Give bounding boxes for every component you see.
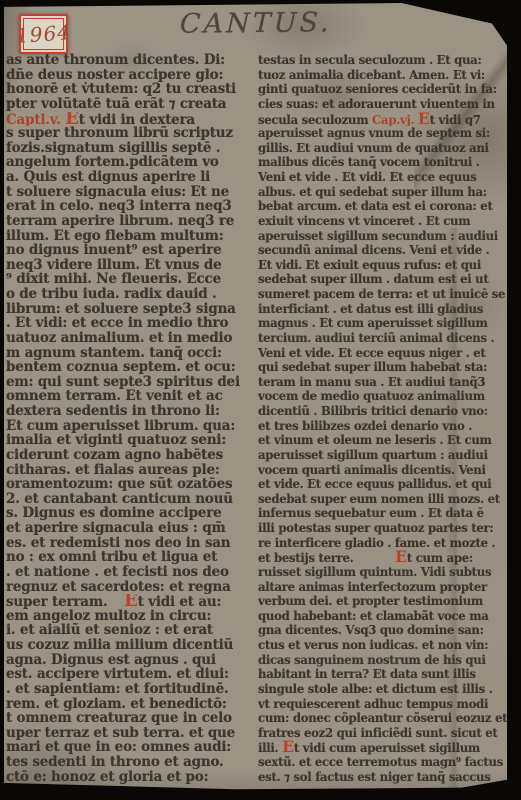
text-line: a. Quis est dignus aperire li (6, 170, 256, 185)
text-line: uper terraz et sub terra. et que (6, 726, 256, 741)
text-line: omnem terram. Et venit et ac (6, 389, 256, 404)
body-text: aperuisset sigillum secundum : audiui (258, 229, 498, 243)
body-text: cies suas: et adorauerunt viuentem in (258, 97, 495, 111)
rubric-initial: E (395, 550, 407, 565)
body-text: honorē et v̇tutem: q2 tu creasti (6, 82, 236, 97)
body-text: infernus sequebatur eum . Et data ē (258, 506, 484, 520)
text-line: pter volũtatē tuã erãt ⁊ creata (6, 97, 256, 112)
text-line: secula seculozum Cap.vj. Et vidi q7 (258, 112, 507, 127)
text-line: angelum fortem.pdicãtem vo (6, 155, 256, 170)
text-line: quod habebant: et clamabãt voce ma (258, 609, 507, 624)
text-line: verbum dei. et propter testimonium (258, 594, 507, 609)
text-line: illi potestas super quatuoz partes ter: (258, 521, 507, 536)
text-line: dñe deus noster accipere glo: (6, 68, 256, 83)
text-line: habitant in terra? Et data sunt illis (258, 667, 507, 682)
rubric-initial: E (282, 740, 294, 755)
text-line: 2. et cantabant canticum nouũ (6, 492, 256, 507)
text-line: bentem coznua septem. et ocu: (6, 360, 256, 375)
body-text: i. et aialiũ et senioz : et erat (6, 623, 213, 638)
text-line: Et vidi. Et exiuit equus rufus: et qui (258, 258, 507, 273)
body-text: rem. et gloziam. et benedictō: (6, 697, 227, 712)
rubric-initial: E (418, 112, 430, 127)
text-line: infernus sequebatur eum . Et data ē (258, 506, 507, 521)
text-line: gna dicentes. Vsq3 quo domine san: (258, 623, 507, 638)
body-text: fozis.signatum sigillis septē . (6, 141, 220, 156)
text-line: et bestijs terre. Et cum ape: (258, 550, 507, 565)
text-line: singule stole albe: et dictum est illis … (258, 682, 507, 697)
body-text: illi potestas super quatuoz partes ter: (258, 521, 493, 535)
body-text: vt requiescerent adhuc tempus modi (258, 697, 488, 711)
text-line: honorē et v̇tutem: q2 tu creasti (6, 82, 256, 97)
body-text: terram aperire librum. neq3 re (6, 214, 234, 229)
body-text: illum. Et ego flebam multum: (6, 229, 224, 244)
body-text: imalia et viginti quatuoz seni: (6, 433, 226, 448)
body-text: cum: donec cõpleantur cõserui eozuz et (258, 711, 507, 725)
body-text: vocem de medio quatuoz animalium (258, 389, 485, 403)
handwritten-title: CANTUS. (179, 7, 331, 40)
body-text: est. ⁊ sol factus est niger tanq̃ saccus (258, 770, 491, 784)
text-line: et aperire signacula eius : qm̃ (6, 521, 256, 536)
body-text: s super thronum librũ scriptuz (6, 126, 233, 141)
text-line: citharas. et fialas aureas ple: (6, 463, 256, 478)
text-line: bebat arcum. et data est ei corona: et (258, 199, 507, 214)
text-line: s super thronum librũ scriptuz (6, 126, 256, 141)
body-text: o de tribu iuda. radix dauid . (6, 287, 217, 302)
text-line: vocem quarti animalis dicentis. Veni (258, 463, 507, 478)
body-text: uatuoz animalium. et in medio (6, 331, 232, 346)
body-text: quod habebant: et clamabãt voce ma (258, 609, 489, 623)
text-line: vocem de medio quatuoz animalium (258, 389, 507, 404)
body-text: Veni et vide . Et vidi. Et ecce equus (258, 170, 476, 184)
text-line: altare animas interfectozum propter (258, 580, 507, 595)
body-text: . et sapientiam: et fortitudinē. (6, 682, 228, 697)
text-line: malibus dicēs tanq̃ vocem tonitrui . (258, 155, 507, 170)
body-text: tercium. audiui terciũ animal dicens . (258, 331, 494, 345)
body-text: altare animas interfectozum propter (258, 580, 487, 594)
body-text: us cozuz milia milium dicentiũ (6, 638, 233, 653)
text-line: . Et vidi: et ecce in medio thro (6, 316, 256, 331)
text-line: albus. et qui sedebat super illum ha: (258, 185, 507, 200)
body-text: no : ex omni tribu et ligua et (6, 550, 217, 565)
body-text: em: qui sunt septe3 spiritus dei (6, 375, 240, 390)
text-line: dicentiũ . Bilibris tritici denario vno: (258, 404, 507, 419)
body-text: 2. et cantabant canticum nouũ (6, 492, 233, 507)
body-text: verbum dei. et propter testimonium (258, 594, 483, 608)
body-text: ⁹ dixit mihi. Ne fleueris. Ecce (6, 272, 221, 287)
text-line: illi. Et vidi cum aperuisset sigillum (258, 740, 507, 755)
body-text: ctus et verus non iudicas. et non vin: (258, 638, 488, 652)
body-text: t vidi q7 (430, 113, 481, 127)
body-text: t vidi in dextera (79, 112, 195, 127)
body-text: et bestijs terre. (258, 551, 357, 565)
body-text: magnus . Et cum aperuisset sigillum (258, 316, 488, 330)
text-line: super terram. Et vidi et au: (6, 594, 256, 609)
rubric-initial: E (124, 594, 138, 609)
body-text: sumeret pacem de terra: et ut inuicē se (258, 287, 505, 301)
body-text: Et cum aperuisset librum. qua: (6, 419, 235, 434)
text-line: est. accipere virtutem. et diui: (6, 667, 256, 682)
body-text: re interficere gladio . fame. et mozte . (258, 536, 495, 550)
body-text: vocem quarti animalis dicentis. Veni (258, 463, 486, 477)
body-text: es. et redemisti nos deo in san (6, 536, 230, 551)
body-text: . Et vidi: et ecce in medio thro (6, 316, 228, 331)
body-text: aperuisset sigillum quartum : audiui (258, 448, 488, 462)
body-text: dñe deus noster accipere glo: (6, 68, 223, 83)
body-text: pter volũtatē tuã erãt ⁊ creata (6, 97, 226, 112)
text-line: cum: donec cõpleantur cõserui eozuz et (258, 711, 507, 726)
text-line: o de tribu iuda. radix dauid . (6, 287, 256, 302)
text-line: . et sapientiam: et fortitudinē. (6, 682, 256, 697)
text-line: aperuisset sigillum secundum : audiui (258, 229, 507, 244)
body-text: et vinum et oleum ne leseris . Et cum (258, 433, 492, 447)
text-line: no : ex omni tribu et ligua et (6, 550, 256, 565)
body-text: s. Dignus es domine accipere (6, 506, 222, 521)
body-text: t cum ape: (407, 551, 473, 565)
body-text: . et natione . et fecisti nos deo (6, 565, 229, 580)
text-line: Et cum aperuisset librum. qua: (6, 419, 256, 434)
body-text: regnuz et sacerdotes: et regna (6, 580, 231, 595)
body-text: fratres eoz2 qui inficiẽdi sunt. sicut e… (258, 726, 497, 740)
body-text: illi. (258, 741, 282, 755)
body-text: librum: et soluere septe3 signa (6, 302, 236, 317)
body-text: agna. Dignus est agnus . qui (6, 653, 216, 668)
body-text: em angeloz multoz in circu: (6, 609, 211, 624)
text-line: oramentozum: que sũt ozatōes (6, 477, 256, 492)
text-line: em angeloz multoz in circu: (6, 609, 256, 624)
col-right: testas in secula seculozum . Et qua:tuoz… (258, 53, 507, 784)
body-text: bebat arcum. et data est ei corona: et (258, 199, 493, 213)
text-line: em: qui sunt septe3 spiritus dei (6, 375, 256, 390)
body-text: secundũ animal dicens. Veni et vide . (258, 243, 489, 257)
body-text: ginti quatuoz seniores ceciderũt in fa: (258, 82, 497, 96)
text-line: cies suas: et adorauerunt viuentem in (258, 97, 507, 112)
body-text: m agnum stantem. tanq̃ occi: (6, 346, 222, 361)
body-text: tes sedenti in throno et agno. (6, 755, 224, 770)
text-line: illum. Et ego flebam multum: (6, 229, 256, 244)
body-text: t soluere signacula eius: Et ne (6, 185, 229, 200)
body-text: dicas sanguinem nostrum de his qui (258, 653, 486, 667)
text-line: tes sedenti in throno et agno. (6, 755, 256, 770)
text-line: es. et redemisti nos deo in san (6, 536, 256, 551)
text-line: s. Dignus es domine accipere (6, 506, 256, 521)
body-text: habitant in terra? Et data sunt illis (258, 667, 476, 681)
text-line: qui sedebat super illum habebat sta: (258, 360, 507, 375)
text-line: fratres eoz2 qui inficiẽdi sunt. sicut e… (258, 726, 507, 741)
text-line: ruisset sigillum quintum. Vidi subtus (258, 565, 507, 580)
text-line: t soluere signacula eius: Et ne (6, 185, 256, 200)
text-line: librum: et soluere septe3 signa (6, 302, 256, 317)
stamp-number: 1964 (15, 20, 71, 48)
body-text: neq3 videre illum. Et vnus de (6, 258, 221, 273)
body-text: dicentiũ . Bilibris tritici denario vno: (258, 404, 488, 418)
body-text: qui sedebat super illum habebat sta: (258, 360, 487, 374)
text-line: est. ⁊ sol factus est niger tanq̃ saccus (258, 770, 507, 785)
text-line: sedebat super illum . datum est ei ut (258, 272, 507, 287)
body-text: as ante thronum dicentes. Di: (6, 53, 225, 68)
text-line: magnus . Et cum aperuisset sigillum (258, 316, 507, 331)
body-text: no dignus inuent⁹ est aperire (6, 243, 222, 258)
body-text: testas in secula seculozum . Et qua: (258, 53, 481, 67)
body-text: teram in manu sua . Et audiui tanq̃3 (258, 375, 485, 389)
body-text: ciderunt cozam agno habētes (6, 448, 223, 463)
body-text: omnem terram. Et venit et ac (6, 389, 223, 404)
scan-background: { "meta": { "stamp_number": "1964", "hea… (0, 0, 521, 800)
text-line: ⁹ dixit mihi. Ne fleueris. Ecce (6, 272, 256, 287)
body-text: a. Quis est dignus aperire li (6, 170, 210, 185)
text-line: Captl.v. Et vidi in dextera (6, 112, 256, 127)
text-line: et vinum et oleum ne leseris . Et cum (258, 433, 507, 448)
text-line: dextera sedentis in throno li: (6, 404, 256, 419)
text-line: imalia et viginti quatuoz seni: (6, 433, 256, 448)
text-line: tuoz animalia dicebant. Amen. Et vi: (258, 68, 507, 83)
text-line: agna. Dignus est agnus . qui (6, 653, 256, 668)
text-line: us cozuz milia milium dicentiũ (6, 638, 256, 653)
body-text: oramentozum: que sũt ozatōes (6, 477, 232, 492)
body-text: albus. et qui sedebat super illum ha: (258, 185, 487, 199)
body-text: aperuisset agnus vnum de septem si: (258, 126, 490, 140)
rubric-initial: E (65, 112, 79, 127)
text-line: rem. et gloziam. et benedictō: (6, 697, 256, 712)
text-line: ciderunt cozam agno habētes (6, 448, 256, 463)
body-text: sedebat super eum nomen illi mozs. et (258, 492, 500, 506)
body-text: t omnem creaturaz que in celo (6, 711, 232, 726)
text-line: m agnum stantem. tanq̃ occi: (6, 346, 256, 361)
body-text: secula seculozum (258, 113, 372, 127)
text-line: et vide. Et ecce equus pallidus. et qui (258, 477, 507, 492)
body-text: est. accipere virtutem. et diui: (6, 667, 229, 682)
text-line: Veni et vide. Et ecce equus niger . et (258, 346, 507, 361)
text-line: mari et que in eo: omnes audi: (6, 740, 256, 755)
text-line: et tres bilibzes ozdei denario vno . (258, 419, 507, 434)
body-text: citharas. et fialas aureas ple: (6, 463, 220, 478)
text-line: erat in celo. neq3 interra neq3 (6, 199, 256, 214)
body-text: sedebat super illum . datum est ei ut (258, 272, 488, 286)
body-text: super terram. (6, 594, 112, 609)
body-text: erat in celo. neq3 interra neq3 (6, 199, 232, 214)
text-line: interficiant . et datus est illi gladius (258, 302, 507, 317)
col-left: as ante thronum dicentes. Di:dñe deus no… (6, 53, 256, 784)
text-line: ctus et verus non iudicas. et non vin: (258, 638, 507, 653)
body-text: sextũ. et ecce terremotus magn⁹ factus (258, 755, 503, 769)
text-line: testas in secula seculozum . Et qua: (258, 53, 507, 68)
body-text: Et vidi. Et exiuit equus rufus: et qui (258, 258, 481, 272)
text-line: . et natione . et fecisti nos deo (6, 565, 256, 580)
text-line: no dignus inuent⁹ est aperire (6, 243, 256, 258)
body-text: et vide. Et ecce equus pallidus. et qui (258, 477, 491, 491)
text-line: sedebat super eum nomen illi mozs. et (258, 492, 507, 507)
body-text: interficiant . et datus est illi gladius (258, 302, 483, 316)
body-text: singule stole albe: et dictum est illis … (258, 682, 492, 696)
text-line: teram in manu sua . Et audiui tanq̃3 (258, 375, 507, 390)
text-line: regnuz et sacerdotes: et regna (6, 580, 256, 595)
text-line: sextũ. et ecce terremotus magn⁹ factus (258, 755, 507, 770)
text-line: ctō e: honoz et gloria et po: (6, 770, 256, 785)
body-text: angelum fortem.pdicãtem vo (6, 155, 219, 170)
text-line: dicas sanguinem nostrum de his qui (258, 653, 507, 668)
body-text: ctō e: honoz et gloria et po: (6, 770, 208, 785)
body-text: malibus dicēs tanq̃ vocem tonitrui . (258, 155, 480, 169)
text-line: fozis.signatum sigillis septē . (6, 141, 256, 156)
body-text: et tres bilibzes ozdei denario vno . (258, 419, 472, 433)
text-line: vt requiescerent adhuc tempus modi (258, 697, 507, 712)
text-line: neq3 videre illum. Et vnus de (6, 258, 256, 273)
rubric-chapter-label: Cap.vj. (372, 113, 418, 127)
body-text: bentem coznua septem. et ocu: (6, 360, 236, 375)
text-line: sumeret pacem de terra: et ut inuicē se (258, 287, 507, 302)
body-text: dextera sedentis in throno li: (6, 404, 220, 419)
body-text: ruisset sigillum quintum. Vidi subtus (258, 565, 491, 579)
text-line: Veni et vide . Et vidi. Et ecce equus (258, 170, 507, 185)
body-text: mari et que in eo: omnes audi: (6, 740, 231, 755)
text-line: terram aperire librum. neq3 re (6, 214, 256, 229)
text-line: ginti quatuoz seniores ceciderũt in fa: (258, 82, 507, 97)
body-text: gna dicentes. Vsq3 quo domine san: (258, 623, 484, 637)
text-line: secundũ animal dicens. Veni et vide . (258, 243, 507, 258)
body-text: exiuit vincens vt vinceret . Et cum (258, 214, 470, 228)
text-line: as ante thronum dicentes. Di: (6, 53, 256, 68)
body-text: tuoz animalia dicebant. Amen. Et vi: (258, 68, 485, 82)
text-line: exiuit vincens vt vinceret . Et cum (258, 214, 507, 229)
parchment-page: 1964 CANTUS. as ante thronum dicentes. D… (4, 3, 507, 790)
text-line: gillis. Et audiui vnum de quatuoz ani (258, 141, 507, 156)
text-line: i. et aialiũ et senioz : et erat (6, 623, 256, 638)
page-header: CANTUS. (4, 8, 507, 39)
rubric-chapter-label: Captl.v. (6, 112, 65, 127)
text-line: t omnem creaturaz que in celo (6, 711, 256, 726)
text-line: aperuisset agnus vnum de septem si: (258, 126, 507, 141)
body-text: et aperire signacula eius : qm̃ (6, 521, 226, 536)
text-line: tercium. audiui terciũ animal dicens . (258, 331, 507, 346)
text-line: aperuisset sigillum quartum : audiui (258, 448, 507, 463)
body-text: uper terraz et sub terra. et que (6, 726, 235, 741)
body-text: Veni et vide. Et ecce equus niger . et (258, 346, 485, 360)
text-line: re interficere gladio . fame. et mozte . (258, 536, 507, 551)
body-text: t vidi cum aperuisset sigillum (294, 741, 480, 755)
body-text: gillis. Et audiui vnum de quatuoz ani (258, 141, 489, 155)
body-text: t vidi et au: (138, 594, 222, 609)
text-line: uatuoz animalium. et in medio (6, 331, 256, 346)
